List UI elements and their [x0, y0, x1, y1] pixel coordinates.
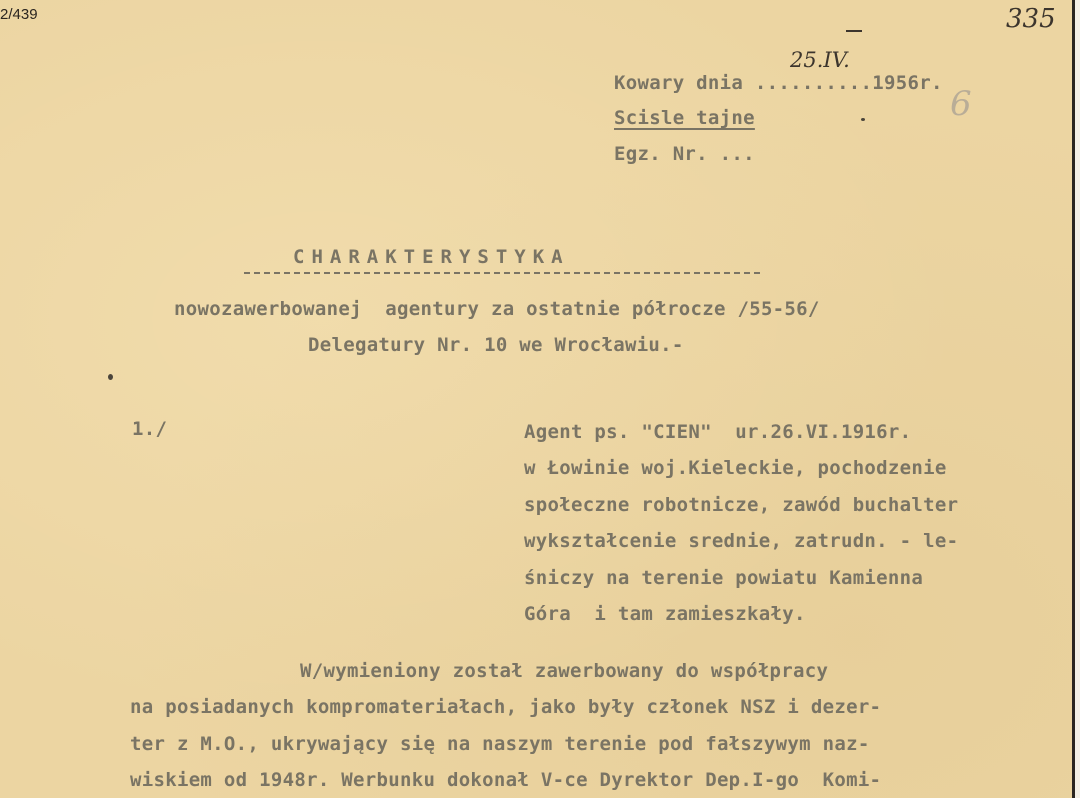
- heading-dashed-underline: [244, 272, 760, 274]
- classification-stamp: Scisle tajne: [614, 107, 755, 129]
- body-line-2: na posiadanych kompromateriałach, jako b…: [130, 696, 881, 718]
- entry-line-1: Agent ps. "CIEN" ur.26.VI.1916r.: [524, 421, 911, 443]
- body-line-4: wiskiem od 1948r. Werbunku dokonał V-ce …: [130, 769, 881, 791]
- entry-line-6: Góra i tam zamieszkały.: [524, 603, 806, 625]
- document-page: 2/439 335 25.IV. Kowary dnia ..........1…: [0, 0, 1072, 798]
- date-year: 1956r.: [872, 72, 942, 94]
- copy-number: Egz. Nr. ...: [614, 143, 755, 165]
- pencil-annotation: 6: [950, 84, 972, 124]
- entry-number: 1./: [132, 418, 167, 440]
- ink-speck: [861, 118, 865, 121]
- place-date-prefix: Kowary dnia: [614, 72, 743, 94]
- scan-page-counter: 2/439: [0, 6, 38, 23]
- document-heading: CHARAKTERYSTYKA: [293, 246, 570, 268]
- body-line-1: W/wymieniony został zawerbowany do współ…: [300, 660, 828, 682]
- date-dots: ..........: [755, 72, 872, 94]
- entry-line-2: w Łowinie woj.Kieleckie, pochodzenie: [524, 457, 947, 479]
- entry-line-3: społeczne robotnicze, zawód buchalter: [524, 494, 958, 516]
- handwritten-date: 25.IV.: [790, 48, 850, 72]
- ink-dot: [108, 374, 113, 380]
- entry-line-5: śniczy na terenie powiatu Kamienna: [524, 567, 923, 589]
- body-line-3: ter z M.O., ukrywający się na naszym ter…: [130, 733, 870, 755]
- page-right-margin: [1075, 0, 1080, 798]
- subtitle-line-1: nowozawerbowanej agentury za ostatnie pó…: [174, 298, 820, 320]
- place-date-line: Kowary dnia ..........1956r.: [614, 72, 943, 94]
- subtitle-line-2: Delegatury Nr. 10 we Wrocławiu.-: [308, 334, 684, 356]
- entry-line-4: wykształcenie srednie, zatrudn. - le-: [524, 530, 958, 552]
- pen-stroke-mark: [846, 30, 862, 32]
- handwritten-page-number: 335: [1006, 4, 1056, 34]
